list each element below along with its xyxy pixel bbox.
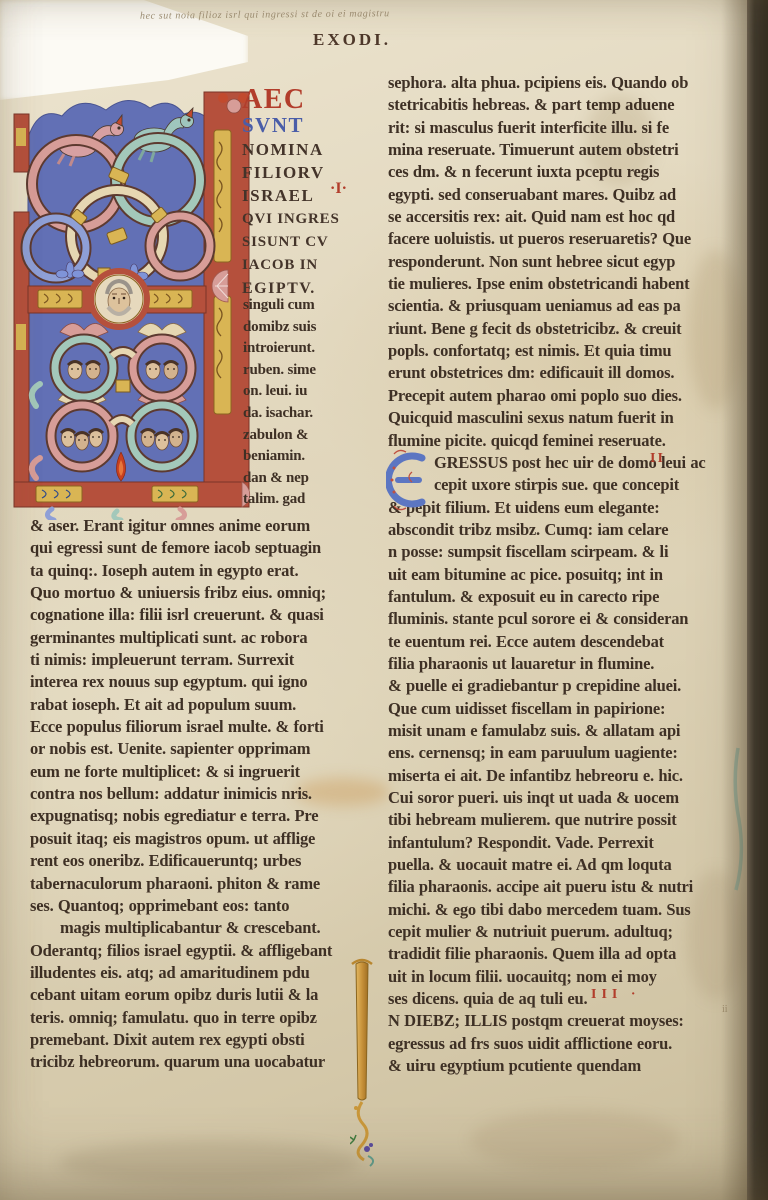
text-line: egypti. sed conseruabant mares. Quibz ad xyxy=(388,184,750,206)
text-line: Oderantq; filios israel egyptii. & affli… xyxy=(30,940,388,962)
text-line: cepit mulier & nutriuit puerum. adultuq; xyxy=(388,921,750,943)
text-line: expugnatisq; nobis egrediatur e terra. P… xyxy=(30,805,388,827)
header-inscription: hec sut noia filioz isrl qui ingressi st… xyxy=(140,7,480,22)
text-line: Cui soror pueri. uis inqt ut uada & uoce… xyxy=(388,787,750,809)
text-line: qui egressi sunt de femore iacob septuag… xyxy=(30,537,388,559)
text-line: ruben. sime xyxy=(243,360,316,382)
text-line: filia pharaonis. accipe ait pueru istu &… xyxy=(388,876,750,898)
text-line: cebant uitam eorum opibz duris lutii & l… xyxy=(30,984,388,1006)
incipit-word: QVI INGRES xyxy=(242,208,340,231)
text-line: facere uoluistis. ut pueros reseruaretis… xyxy=(388,228,750,250)
text-line: ses. Quantoq; opprimebant eos: tanto xyxy=(30,895,388,917)
text-line: infantulum? Respondit. Vade. Perrexit xyxy=(388,832,750,854)
text-line: tricibz hebreorum. quarum una uocabatur xyxy=(30,1051,388,1073)
text-line: fantulum. & exposuit eu in carecto ripe xyxy=(388,586,750,608)
text-line: Ecce populus filiorum israel multe. & fo… xyxy=(30,716,388,738)
incipit-word: FILIORV xyxy=(242,161,340,184)
manuscript-page: hec sut noia filioz isrl qui ingressi st… xyxy=(0,0,768,1200)
text-line: contra nos bellum: addatur inimicis nris… xyxy=(30,783,388,805)
incipit-word: SVNT xyxy=(242,113,340,138)
text-line: ta quinq:. Ioseph autem in egypto erat. xyxy=(30,560,388,582)
text-line: tie mulieres. Ipse enim obstetricandi ha… xyxy=(388,273,750,295)
right-text-column: sephora. alta phua. pcipiens eis. Quando… xyxy=(388,72,750,1077)
incipit-display: AEC SVNT NOMINA FILIORV ISRAEL QVI INGRE… xyxy=(242,86,340,300)
page-edge-shadow xyxy=(721,0,747,1200)
text-line: flumine picite. quicqd feminei reseruate… xyxy=(388,430,750,452)
left-text-column: & aser. Erant igitur omnes anime eorum q… xyxy=(30,515,388,1074)
text-line: Quicquid masculini sexus natum fuerit in xyxy=(388,407,750,429)
chapter-numeral-2: II xyxy=(650,451,665,467)
chapter-numeral-3: III · xyxy=(591,987,641,1003)
incipit-word: SISUNT CV xyxy=(242,231,340,254)
incipit-word: IACOB IN xyxy=(242,254,340,277)
text-line: N DIEBZ; ILLIS postqm creuerat moyses: xyxy=(388,1010,750,1032)
illuminated-initial-H xyxy=(12,84,252,520)
stain xyxy=(470,1110,680,1170)
text-line: & uiru egyptium pcutiente quendam xyxy=(388,1055,750,1077)
stain xyxy=(60,1140,360,1185)
text-line: rent eos oneribz. Edificaueruntq; urbes xyxy=(30,850,388,872)
text-line: introierunt. xyxy=(243,338,316,360)
text-line: michi. & ego tibi dabo mercedem tuam. Su… xyxy=(388,899,750,921)
text-line: uit in locum filii. uocauitq; nom ei moy xyxy=(388,966,750,988)
chapter-numeral-1: ·I· xyxy=(330,180,347,198)
text-line: filia pharaonis ut lauaretur in flumine. xyxy=(388,653,750,675)
text-line: Quo mortuo & uniuersis fribz eius. omniq… xyxy=(30,582,388,604)
text-line: puella. & uocauit matre ei. Ad qm loquta xyxy=(388,854,750,876)
decorated-initial-E xyxy=(386,448,428,512)
text-line: ens. cernensq; in eam paruulum uagiente: xyxy=(388,742,750,764)
text-line: & puelle ei gradiebantur p crepidine alu… xyxy=(388,675,750,697)
text-line: abscondit tribz msibz. Cumq: iam celare xyxy=(388,519,750,541)
text-line: tabernaculorum pharaoni. phiton & rame xyxy=(30,873,388,895)
text-line: se accersitis rex: ait. Quid nam est hoc… xyxy=(388,206,750,228)
incipit-word: NOMINA xyxy=(242,138,340,161)
text-line: ti nimis: impleuerunt terram. Surrexit xyxy=(30,649,388,671)
text-line: zabulon & xyxy=(243,425,316,447)
text-line: n posse: sumpsit fiscellam scirpeam. & l… xyxy=(388,541,750,563)
text-line: & pepit filium. Et uidens eum elegante: xyxy=(388,497,750,519)
incipit-word: ISRAEL xyxy=(242,184,340,207)
text-line: posuit itaq; eis magistros opum. ut affl… xyxy=(30,828,388,850)
text-line: or nobis est. Uenite. sapienter opprimam xyxy=(30,738,388,760)
text-line: erunt obstetrices dm: edificauit ill dom… xyxy=(388,362,750,384)
text-line: talim. gad xyxy=(243,489,316,511)
text-line: fluminis. stante pcul sorore ei & consid… xyxy=(388,608,750,630)
text-line: mina reseruate. Timuerunt autem obstetri xyxy=(388,139,750,161)
photo-background-edge xyxy=(747,0,768,1200)
text-line: stetricabitis hebreas. & part temp aduen… xyxy=(388,94,750,116)
incipit-small-lines: singuli cum domibz suis introierunt. rub… xyxy=(243,295,316,511)
text-line: singuli cum xyxy=(243,295,316,317)
text-line: da. isachar. xyxy=(243,403,316,425)
text-line: dan & nep xyxy=(243,468,316,490)
text-line: premebant. Dixit autem rex egypti obsti xyxy=(30,1029,388,1051)
text-line: cognatione illa: filii isrl creuerunt. &… xyxy=(30,604,388,626)
text-line: magis multiplicabantur & crescebant. xyxy=(30,917,388,939)
running-title: EXODI. xyxy=(282,30,422,50)
text-line: misit unam e famulabz suis. & allatam ap… xyxy=(388,720,750,742)
text-line: responderunt. Non sunt hebree sicut egyp xyxy=(388,251,750,273)
text-line: cepit uxore stirpis sue. que concepit xyxy=(388,474,750,496)
text-line: GRESSUS post hec uir de domo leui ac xyxy=(388,452,750,474)
text-line: rabat ioseph. Et ait ad populum suum. xyxy=(30,694,388,716)
text-line: teris. omniq; famulatu. quo in terre opi… xyxy=(30,1007,388,1029)
text-line: ses dicens. quia de aq tuli eu. xyxy=(388,988,750,1010)
text-line: Que cum uidisset fiscellam in papirione: xyxy=(388,698,750,720)
text-line: popls. confortatq; est nimis. Et quia ti… xyxy=(388,340,750,362)
text-line: ces dm. & n fecerunt iuxta pceptu regis xyxy=(388,161,750,183)
text-line: sephora. alta phua. pcipiens eis. Quando… xyxy=(388,72,750,94)
gold-initial-I xyxy=(350,956,384,1168)
incipit-word: AEC xyxy=(242,86,340,113)
text-line: tibi hebream mulierem. que nutrire possi… xyxy=(388,809,750,831)
text-line: te euentum rei. Ecce autem descendebat xyxy=(388,631,750,653)
text-line: tradidit filie pharaonis. Quem illa ad o… xyxy=(388,943,750,965)
text-line: interea rex nouus sup egyptum. qui igno xyxy=(30,671,388,693)
text-line: beniamin. xyxy=(243,446,316,468)
text-line: miserta ei ait. De infantibz hebreoru e.… xyxy=(388,765,750,787)
text-line: on. leui. iu xyxy=(243,381,316,403)
text-line: illudentes eis. atq; ad amaritudinem pdu xyxy=(30,962,388,984)
text-line: egressus ad frs suos uidit afflictione e… xyxy=(388,1033,750,1055)
text-line: scientia. & priusquam ueniamus ad eas pa xyxy=(388,295,750,317)
text-line: & aser. Erant igitur omnes anime eorum xyxy=(30,515,388,537)
text-line: domibz suis xyxy=(243,317,316,339)
text-line: riunt. Bene g fecit ds obstetricibz. & c… xyxy=(388,318,750,340)
text-line: germinantes multiplicati sunt. ac robora xyxy=(30,627,388,649)
text-line: eum ne forte multiplicet: & si ingruerit xyxy=(30,761,388,783)
text-line: rit: si masculus fuerit interficite illu… xyxy=(388,117,750,139)
text-line: uit eam bitumine ac pice. posuitq; int i… xyxy=(388,564,750,586)
text-line: Precepit autem pharao omi poplo suo dies… xyxy=(388,385,750,407)
